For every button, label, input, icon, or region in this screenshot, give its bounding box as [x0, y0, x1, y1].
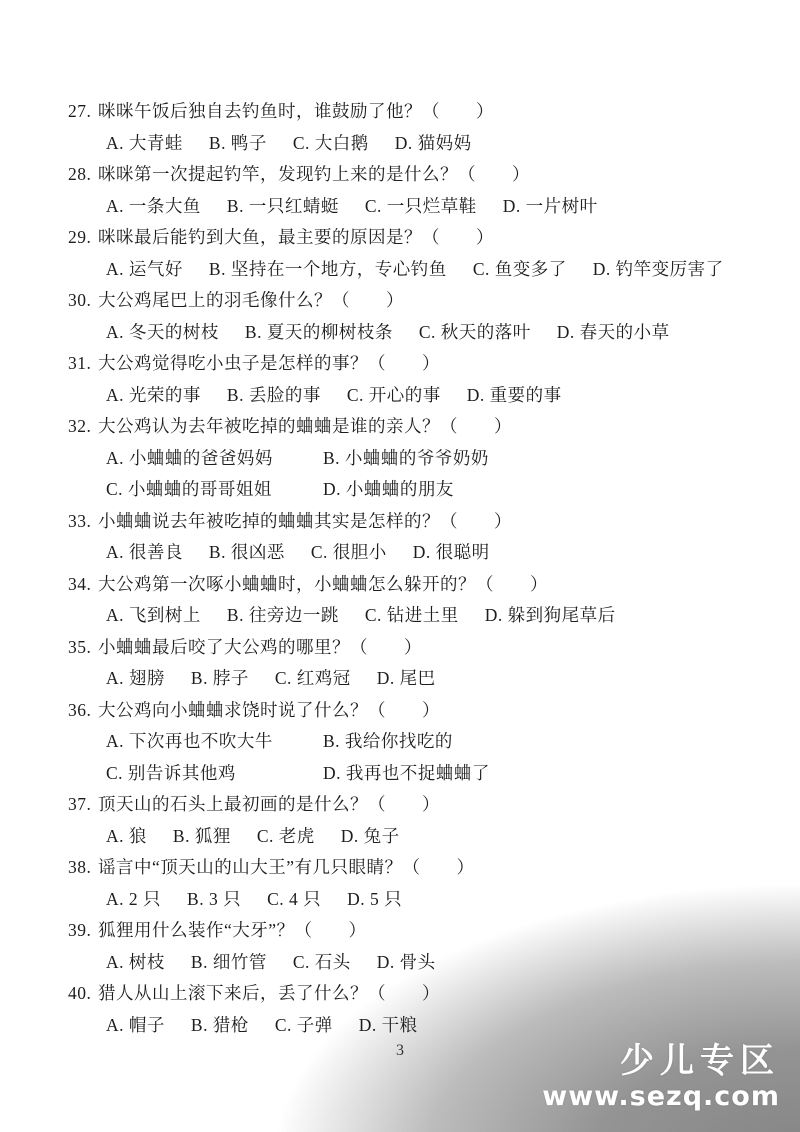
question-line-31: 31.大公鸡觉得吃小虫子是怎样的事？（ ） [68, 348, 784, 380]
option-b: B. 很凶恶 [209, 537, 285, 569]
option-a: A. 很善良 [106, 537, 183, 569]
question-number: 31. [68, 348, 94, 380]
question-text: 大公鸡觉得吃小虫子是怎样的事？（ ） [98, 353, 440, 373]
option-b: B. 我给你找吃的 [323, 726, 453, 758]
question-line-40: 40.猎人从山上滚下来后，丢了什么？（ ） [68, 978, 784, 1010]
option-d: D. 钓竿变厉害了 [593, 254, 724, 286]
option-c: C. 红鸡冠 [275, 663, 351, 695]
option-c: C. 开心的事 [347, 380, 441, 412]
question-number: 33. [68, 506, 94, 538]
question-line-35: 35.小蛐蛐最后咬了大公鸡的哪里？（ ） [68, 632, 784, 664]
options-line: A. 飞到树上 B. 往旁边一跳 C. 钻进土里 D. 躲到狗尾草后 [68, 600, 784, 632]
question-number: 37. [68, 789, 94, 821]
question-line-28: 28.咪咪第一次提起钓竿，发现钓上来的是什么？（ ） [68, 159, 784, 191]
option-c: C. 小蛐蛐的哥哥姐姐 [106, 474, 323, 506]
option-d: D. 骨头 [377, 947, 436, 979]
question-number: 35. [68, 632, 94, 664]
option-c: C. 4 只 [267, 884, 321, 916]
question-number: 28. [68, 159, 94, 191]
question-text: 猎人从山上滚下来后，丢了什么？（ ） [98, 983, 440, 1003]
option-b: B. 细竹管 [191, 947, 267, 979]
options-line: A. 大青蛙 B. 鸭子 C. 大白鹅 D. 猫妈妈 [68, 128, 784, 160]
option-a: A. 翅膀 [106, 663, 165, 695]
option-a: A. 2 只 [106, 884, 161, 916]
question-line-36: 36.大公鸡向小蛐蛐求饶时说了什么？（ ） [68, 695, 784, 727]
options-line: A. 运气好 B. 坚持在一个地方，专心钓鱼 C. 鱼变多了 D. 钓竿变厉害了 [68, 254, 784, 286]
watermark-url-text: www.sezq.com [542, 1083, 780, 1110]
question-line-33: 33.小蛐蛐说去年被吃掉的蛐蛐其实是怎样的？（ ） [68, 506, 784, 538]
option-c: C. 很胆小 [311, 537, 387, 569]
options-line: C. 别告诉其他鸡 D. 我再也不捉蛐蛐了 [68, 758, 784, 790]
option-a: A. 下次再也不吹大牛 [106, 726, 323, 758]
option-c: C. 钻进土里 [365, 600, 459, 632]
option-b: B. 狐狸 [173, 821, 231, 853]
options-line: A. 下次再也不吹大牛 B. 我给你找吃的 [68, 726, 784, 758]
question-number: 39. [68, 915, 94, 947]
option-c: C. 别告诉其他鸡 [106, 758, 323, 790]
options-line: A. 2 只 B. 3 只 C. 4 只 D. 5 只 [68, 884, 784, 916]
option-b: B. 坚持在一个地方，专心钓鱼 [209, 254, 447, 286]
option-d: D. 很聪明 [413, 537, 490, 569]
question-number: 32. [68, 411, 94, 443]
question-text: 大公鸡向小蛐蛐求饶时说了什么？（ ） [98, 700, 440, 720]
option-a: A. 小蛐蛐的爸爸妈妈 [106, 443, 323, 475]
option-d: D. 一片树叶 [503, 191, 598, 223]
option-b: B. 小蛐蛐的爷爷奶奶 [323, 443, 489, 475]
option-a: A. 运气好 [106, 254, 183, 286]
options-line: C. 小蛐蛐的哥哥姐姐 D. 小蛐蛐的朋友 [68, 474, 784, 506]
option-b: B. 脖子 [191, 663, 249, 695]
options-line: A. 翅膀 B. 脖子 C. 红鸡冠 D. 尾巴 [68, 663, 784, 695]
question-number: 29. [68, 222, 94, 254]
options-line: A. 冬天的树枝 B. 夏天的柳树枝条 C. 秋天的落叶 D. 春天的小草 [68, 317, 784, 349]
option-a: A. 光荣的事 [106, 380, 201, 412]
question-text: 咪咪第一次提起钓竿，发现钓上来的是什么？（ ） [98, 164, 530, 184]
option-a: A. 狼 [106, 821, 147, 853]
watermark: 少儿专区 www.sezq.com [542, 1044, 780, 1110]
question-text: 咪咪最后能钓到大鱼，最主要的原因是？（ ） [98, 227, 494, 247]
option-b: B. 往旁边一跳 [227, 600, 339, 632]
option-a: A. 帽子 [106, 1010, 165, 1042]
question-line-30: 30.大公鸡尾巴上的羽毛像什么？（ ） [68, 285, 784, 317]
option-c: C. 石头 [293, 947, 351, 979]
question-number: 38. [68, 852, 94, 884]
option-d: D. 小蛐蛐的朋友 [323, 474, 454, 506]
option-d: D. 尾巴 [377, 663, 436, 695]
question-text: 大公鸡尾巴上的羽毛像什么？（ ） [98, 290, 404, 310]
options-line: A. 很善良 B. 很凶恶 C. 很胆小 D. 很聪明 [68, 537, 784, 569]
question-number: 27. [68, 96, 94, 128]
option-b: B. 夏天的柳树枝条 [245, 317, 393, 349]
option-d: D. 猫妈妈 [395, 128, 472, 160]
option-d: D. 躲到狗尾草后 [485, 600, 616, 632]
question-line-29: 29.咪咪最后能钓到大鱼，最主要的原因是？（ ） [68, 222, 784, 254]
test-paper-page: 27.咪咪午饭后独自去钓鱼时，谁鼓励了他？（ ） A. 大青蛙 B. 鸭子 C.… [0, 0, 800, 1132]
question-text: 小蛐蛐最后咬了大公鸡的哪里？（ ） [98, 637, 422, 657]
option-d: D. 5 只 [347, 884, 402, 916]
options-line: A. 光荣的事 B. 丢脸的事 C. 开心的事 D. 重要的事 [68, 380, 784, 412]
question-text: 顶天山的石头上最初画的是什么？（ ） [98, 794, 440, 814]
option-c: C. 一只烂草鞋 [365, 191, 477, 223]
question-text: 谣言中“顶天山的山大王”有几只眼睛？（ ） [98, 857, 475, 877]
option-d: D. 干粮 [359, 1010, 418, 1042]
option-d: D. 兔子 [341, 821, 400, 853]
option-c: C. 鱼变多了 [473, 254, 567, 286]
question-text: 咪咪午饭后独自去钓鱼时，谁鼓励了他？（ ） [98, 101, 494, 121]
question-number: 36. [68, 695, 94, 727]
option-d: D. 我再也不捉蛐蛐了 [323, 758, 490, 790]
options-line: A. 小蛐蛐的爸爸妈妈 B. 小蛐蛐的爷爷奶奶 [68, 443, 784, 475]
option-a: A. 树枝 [106, 947, 165, 979]
question-text: 小蛐蛐说去年被吃掉的蛐蛐其实是怎样的？（ ） [98, 511, 512, 531]
question-number: 40. [68, 978, 94, 1010]
options-line: A. 树枝 B. 细竹管 C. 石头 D. 骨头 [68, 947, 784, 979]
option-a: A. 一条大鱼 [106, 191, 201, 223]
question-line-38: 38.谣言中“顶天山的山大王”有几只眼睛？（ ） [68, 852, 784, 884]
option-b: B. 3 只 [187, 884, 241, 916]
option-a: A. 大青蛙 [106, 128, 183, 160]
question-line-37: 37.顶天山的石头上最初画的是什么？（ ） [68, 789, 784, 821]
option-b: B. 一只红蜻蜓 [227, 191, 339, 223]
question-line-32: 32.大公鸡认为去年被吃掉的蛐蛐是谁的亲人？（ ） [68, 411, 784, 443]
options-line: A. 狼 B. 狐狸 C. 老虎 D. 兔子 [68, 821, 784, 853]
option-c: C. 秋天的落叶 [419, 317, 531, 349]
question-line-34: 34.大公鸡第一次啄小蛐蛐时，小蛐蛐怎么躲开的？（ ） [68, 569, 784, 601]
option-b: B. 猎枪 [191, 1010, 249, 1042]
question-number: 34. [68, 569, 94, 601]
question-list: 27.咪咪午饭后独自去钓鱼时，谁鼓励了他？（ ） A. 大青蛙 B. 鸭子 C.… [68, 96, 784, 1041]
options-line: A. 一条大鱼 B. 一只红蜻蜓 C. 一只烂草鞋 D. 一片树叶 [68, 191, 784, 223]
option-a: A. 冬天的树枝 [106, 317, 219, 349]
options-line: A. 帽子 B. 猎枪 C. 子弹 D. 干粮 [68, 1010, 784, 1042]
option-d: D. 春天的小草 [557, 317, 670, 349]
watermark-brand-text: 少儿专区 [542, 1044, 780, 1078]
option-c: C. 子弹 [275, 1010, 333, 1042]
question-number: 30. [68, 285, 94, 317]
option-c: C. 大白鹅 [293, 128, 369, 160]
option-b: B. 鸭子 [209, 128, 267, 160]
option-a: A. 飞到树上 [106, 600, 201, 632]
option-d: D. 重要的事 [467, 380, 562, 412]
question-line-27: 27.咪咪午饭后独自去钓鱼时，谁鼓励了他？（ ） [68, 96, 784, 128]
question-line-39: 39.狐狸用什么装作“大牙”？（ ） [68, 915, 784, 947]
question-text: 大公鸡认为去年被吃掉的蛐蛐是谁的亲人？（ ） [98, 416, 512, 436]
option-c: C. 老虎 [257, 821, 315, 853]
question-text: 大公鸡第一次啄小蛐蛐时，小蛐蛐怎么躲开的？（ ） [98, 574, 548, 594]
question-text: 狐狸用什么装作“大牙”？（ ） [98, 920, 367, 940]
option-b: B. 丢脸的事 [227, 380, 321, 412]
